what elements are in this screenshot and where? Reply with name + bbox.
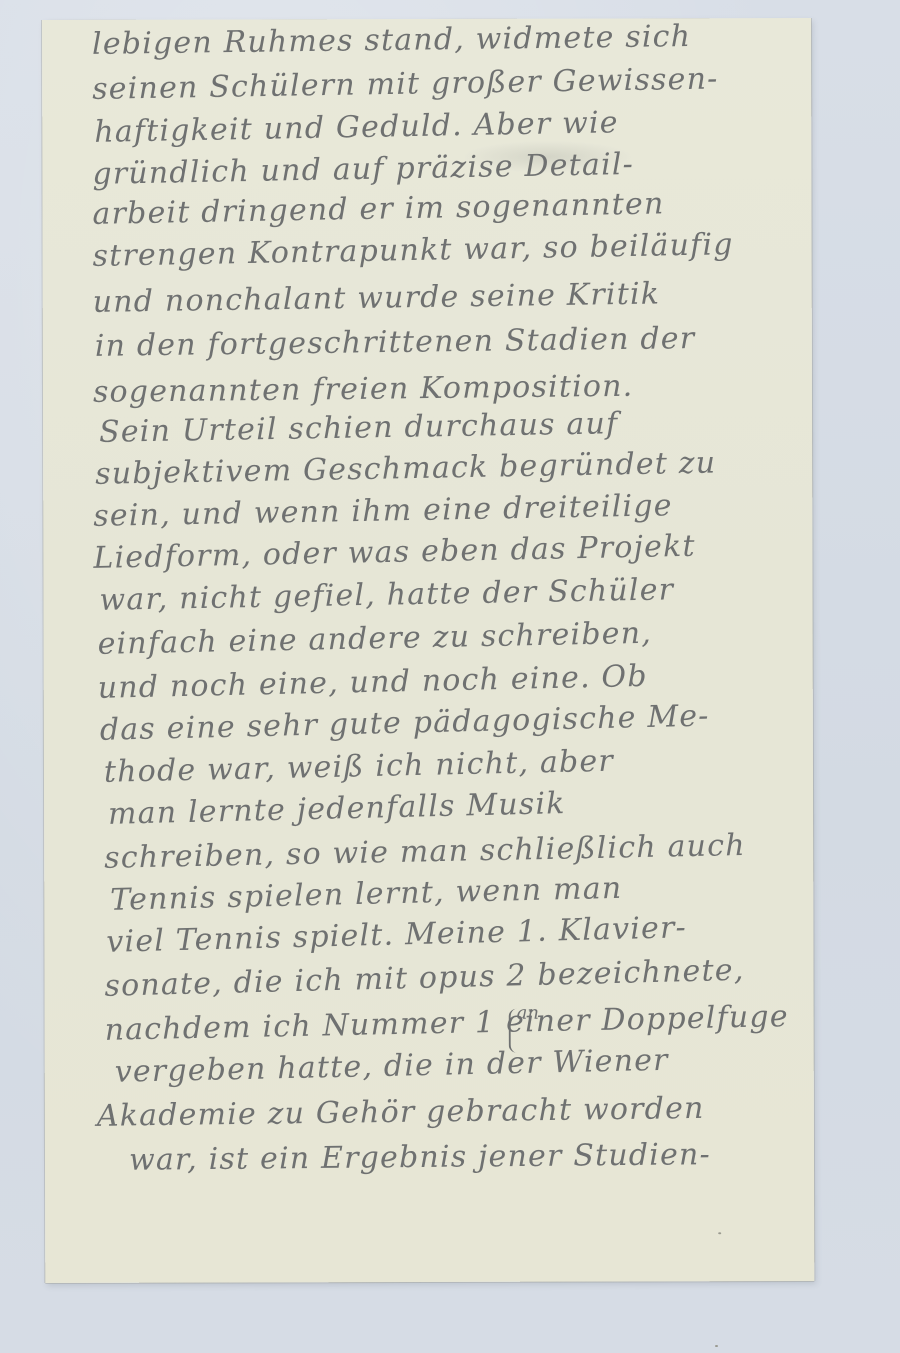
manuscript-line: viel Tennis spielt. Meine 1. Klavier-	[106, 913, 687, 958]
background-speck	[715, 1345, 718, 1347]
manuscript-line: und noch eine, und noch eine. Ob	[97, 662, 648, 704]
manuscript-line: Sein Urteil schien durchaus auf	[99, 409, 619, 448]
interlinear-insertion: an	[517, 1003, 539, 1024]
manuscript-line: und nonchalant wurde seine Kritik	[93, 279, 661, 317]
insertion-bracket	[509, 1009, 519, 1053]
manuscript-line: haftigkeit und Geduld. Aber wie	[94, 108, 619, 148]
manuscript-line: Akademie zu Gehör gebracht worden	[97, 1094, 705, 1132]
manuscript-sheet: lebigen Ruhmes stand, widmete sich seine…	[42, 18, 814, 1283]
paper-speck	[718, 1232, 721, 1234]
manuscript-line: vergeben hatte, die in der Wiener	[114, 1046, 669, 1088]
manuscript-line: nachdem ich Nummer 1 einer Doppelfuge	[104, 1002, 789, 1046]
manuscript-line: thode war, weiß ich nicht, aber	[104, 747, 615, 788]
manuscript-line: sogenannten freien Komposition.	[93, 372, 634, 408]
manuscript-line: subjektivem Geschmack begründet zu	[95, 448, 717, 489]
manuscript-line: Liedform, oder was eben das Projekt	[93, 532, 696, 574]
manuscript-line: gründlich und auf präzise Detail-	[92, 150, 634, 190]
manuscript-line: war, ist ein Ergebnis jener Studien-	[129, 1140, 711, 1176]
manuscript-line: in den fortgeschrittenen Stadien der	[95, 324, 696, 362]
manuscript-line: sein, und wenn ihm eine dreiteilige	[93, 491, 673, 532]
manuscript-line: sonate, die ich mit opus 2 bezeichnete,	[104, 956, 745, 1002]
manuscript-line: strengen Kontrapunkt war, so beiläufig	[92, 230, 734, 272]
manuscript-line: seinen Schülern mit großer Gewissen-	[92, 64, 719, 104]
manuscript-line: arbeit dringend er im sogenannten	[92, 189, 665, 229]
manuscript-line: man lernte jedenfalls Musik	[108, 789, 566, 830]
handwritten-text: lebigen Ruhmes stand, widmete sich seine…	[42, 18, 814, 1283]
manuscript-line: lebigen Ruhmes stand, widmete sich	[92, 22, 692, 60]
manuscript-line: einfach eine andere zu schreiben,	[97, 619, 652, 660]
manuscript-line: Tennis spielen lernt, wenn man	[110, 874, 623, 916]
manuscript-line: schreiben, so wie man schließlich auch	[104, 831, 746, 874]
manuscript-line: das eine sehr gute pädagogische Me-	[100, 701, 710, 745]
manuscript-line: war, nicht gefiel, hatte der Schüler	[99, 575, 674, 616]
